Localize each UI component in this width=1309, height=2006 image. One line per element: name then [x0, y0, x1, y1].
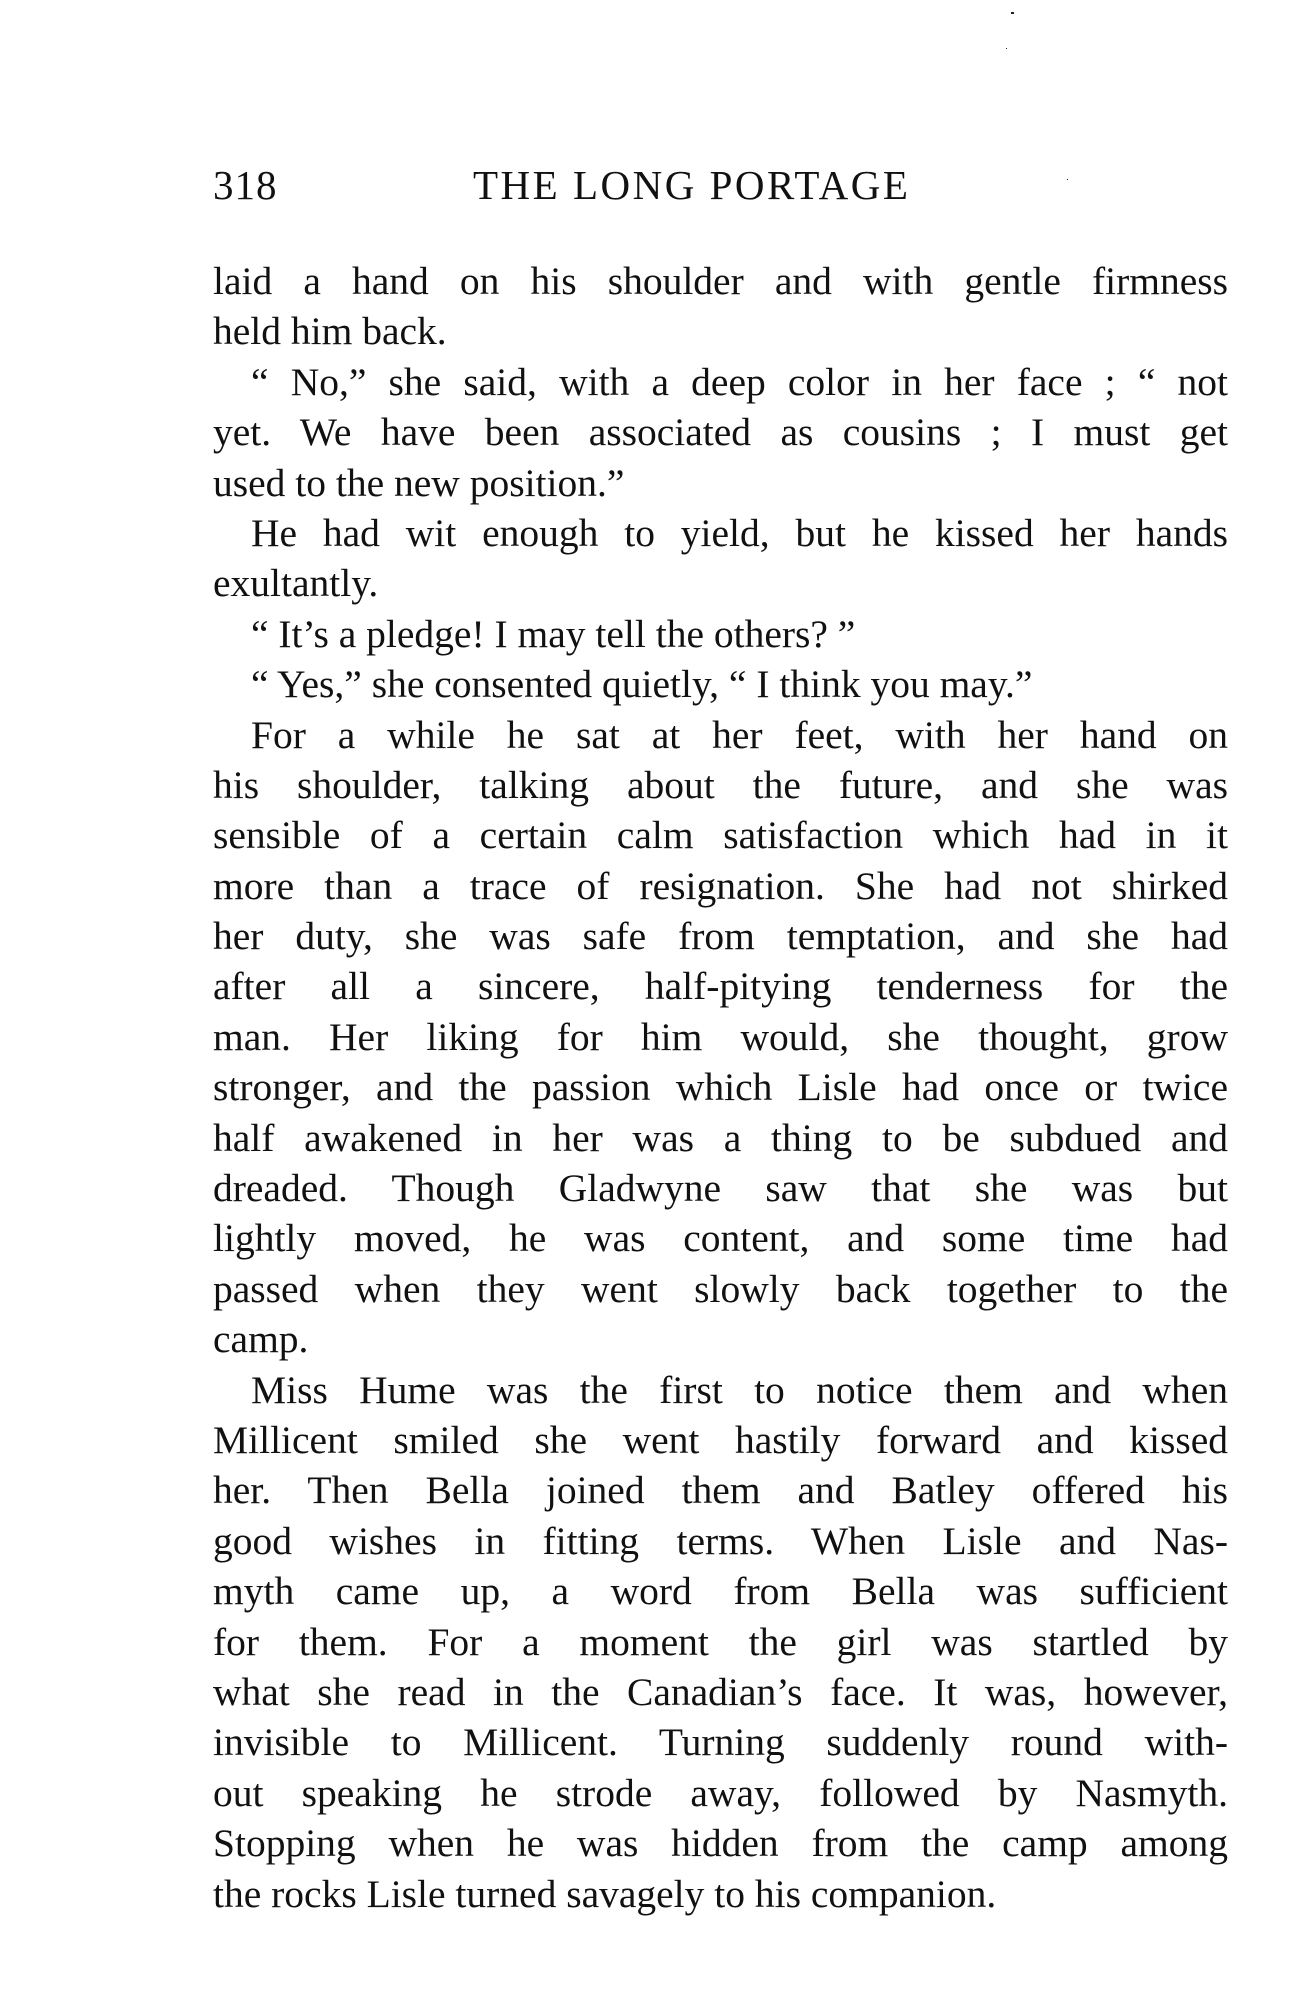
page-number: 318	[213, 160, 278, 210]
text-line: for them. For a moment the girl was star…	[213, 1617, 1228, 1667]
text-line: For a while he sat at her feet, with her…	[213, 710, 1228, 760]
text-line: “ Yes,” she consented quietly, “ I think…	[213, 659, 1228, 709]
text-line: held him back.	[213, 306, 1228, 356]
book-page: 318 THE LONG PORTAGE laid a hand on his …	[0, 0, 1309, 2006]
text-line: Millicent smiled she went hastily forwar…	[213, 1415, 1228, 1465]
text-line: what she read in the Canadian’s face. It…	[213, 1667, 1228, 1717]
text-line: used to the new position.”	[213, 458, 1228, 508]
text-line: half awakened in her was a thing to be s…	[213, 1113, 1228, 1163]
text-line: laid a hand on his shoulder and with gen…	[213, 256, 1228, 306]
text-line: yet. We have been associated as cousins …	[213, 407, 1228, 457]
text-line: after all a sincere, half-pitying tender…	[213, 961, 1228, 1011]
text-line: good wishes in fitting terms. When Lisle…	[213, 1516, 1228, 1566]
text-line: “ No,” she said, with a deep color in he…	[213, 357, 1228, 407]
scan-speck	[1067, 179, 1068, 180]
running-title: THE LONG PORTAGE	[473, 160, 910, 210]
text-line: dreaded. Though Gladwyne saw that she wa…	[213, 1163, 1228, 1213]
text-line: stronger, and the passion which Lisle ha…	[213, 1062, 1228, 1112]
text-line: myth came up, a word from Bella was suff…	[213, 1566, 1228, 1616]
text-line: her duty, she was safe from temptation, …	[213, 911, 1228, 961]
text-line: Stopping when he was hidden from the cam…	[213, 1818, 1228, 1868]
running-head: 318 THE LONG PORTAGE	[213, 160, 983, 210]
text-line: out speaking he strode away, followed by…	[213, 1768, 1228, 1818]
text-line: more than a trace of resignation. She ha…	[213, 861, 1228, 911]
text-line: camp.	[213, 1314, 1228, 1364]
text-line: lightly moved, he was content, and some …	[213, 1213, 1228, 1263]
text-line: man. Her liking for him would, she thoug…	[213, 1012, 1228, 1062]
text-line: invisible to Millicent. Turning suddenly…	[213, 1717, 1228, 1767]
scan-speck	[1011, 12, 1014, 14]
text-line: her. Then Bella joined them and Batley o…	[213, 1465, 1228, 1515]
text-line: the rocks Lisle turned savagely to his c…	[213, 1869, 1228, 1919]
text-line: passed when they went slowly back togeth…	[213, 1264, 1228, 1314]
text-line: sensible of a certain calm satisfaction …	[213, 810, 1228, 860]
text-line: “ It’s a pledge! I may tell the others? …	[213, 609, 1228, 659]
body-text: laid a hand on his shoulder and with gen…	[213, 256, 1228, 1919]
text-line: his shoulder, talking about the future, …	[213, 760, 1228, 810]
text-line: He had wit enough to yield, but he kisse…	[213, 508, 1228, 558]
text-line: Miss Hume was the first to notice them a…	[213, 1365, 1228, 1415]
scan-speck	[1006, 48, 1007, 49]
text-line: exultantly.	[213, 558, 1228, 608]
